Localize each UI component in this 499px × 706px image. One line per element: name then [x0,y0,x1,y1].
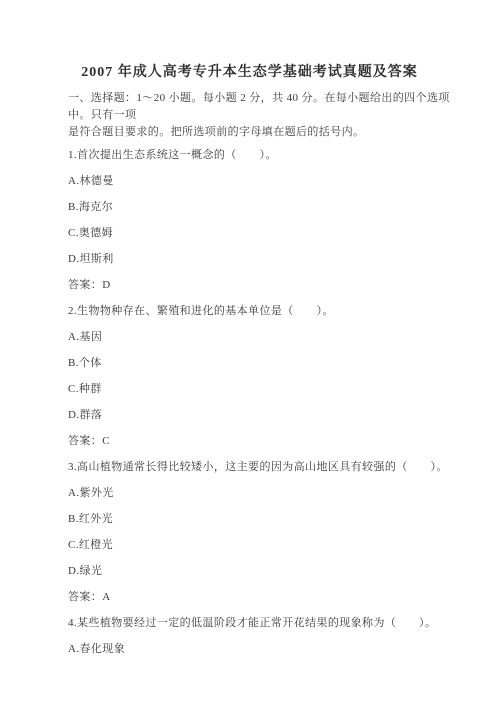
questions-list: 1.首次提出生态系统这一概念的（ ）。 A.林德曼 B.海克尔 C.奥德姆 D.… [68,147,465,658]
question-3-option-c: C.红橙光 [68,537,465,554]
question-1-option-a: A.林德曼 [68,173,465,190]
question-block-1: 1.首次提出生态系统这一概念的（ ）。 A.林德曼 B.海克尔 C.奥德姆 D.… [68,147,465,294]
intro-line-2: 是符合题目要求的。把所选项前的字母填在题后的括号内。 [68,124,465,141]
question-1-option-d: D.坦斯利 [68,251,465,268]
question-1-option-c: C.奥德姆 [68,225,465,242]
question-1-option-b: B.海克尔 [68,199,465,216]
question-3-option-a: A.紫外光 [68,485,465,502]
question-4-stem: 4.某些植物要经过一定的低温阶段才能正常开花结果的现象称为（ ）。 [68,615,465,632]
question-block-3: 3.高山植物通常长得比较矮小，这主要的因为高山地区具有较强的（ ）。 A.紫外光… [68,459,465,606]
question-3-option-d: D.绿光 [68,563,465,580]
question-1-stem: 1.首次提出生态系统这一概念的（ ）。 [68,147,465,164]
question-3-stem: 3.高山植物通常长得比较矮小，这主要的因为高山地区具有较强的（ ）。 [68,459,465,476]
section-intro-paragraph: 一、选择题：1～20 小题。每小题 2 分，共 40 分。在每小题给出的四个选项… [68,90,465,141]
question-block-4: 4.某些植物要经过一定的低温阶段才能正常开花结果的现象称为（ ）。 A.春化现象 [68,615,465,658]
question-1-answer: 答案：D [68,277,465,294]
question-2-option-c: C.种群 [68,381,465,398]
document-title: 2007 年成人高考专升本生态学基础考试真题及答案 [0,64,499,81]
question-2-stem: 2.生物物种存在、繁殖和进化的基本单位是（ ）。 [68,303,465,320]
question-3-option-b: B.红外光 [68,511,465,528]
question-2-answer: 答案：C [68,433,465,450]
exam-document-page: 2007 年成人高考专升本生态学基础考试真题及答案 一、选择题：1～20 小题。… [0,0,499,706]
intro-line-1: 一、选择题：1～20 小题。每小题 2 分，共 40 分。在每小题给出的四个选项… [68,90,465,124]
question-2-option-b: B.个体 [68,355,465,372]
question-4-option-a: A.春化现象 [68,641,465,658]
question-2-option-a: A.基因 [68,329,465,346]
question-2-option-d: D.群落 [68,407,465,424]
question-3-answer: 答案：A [68,589,465,606]
question-block-2: 2.生物物种存在、繁殖和进化的基本单位是（ ）。 A.基因 B.个体 C.种群 … [68,303,465,450]
